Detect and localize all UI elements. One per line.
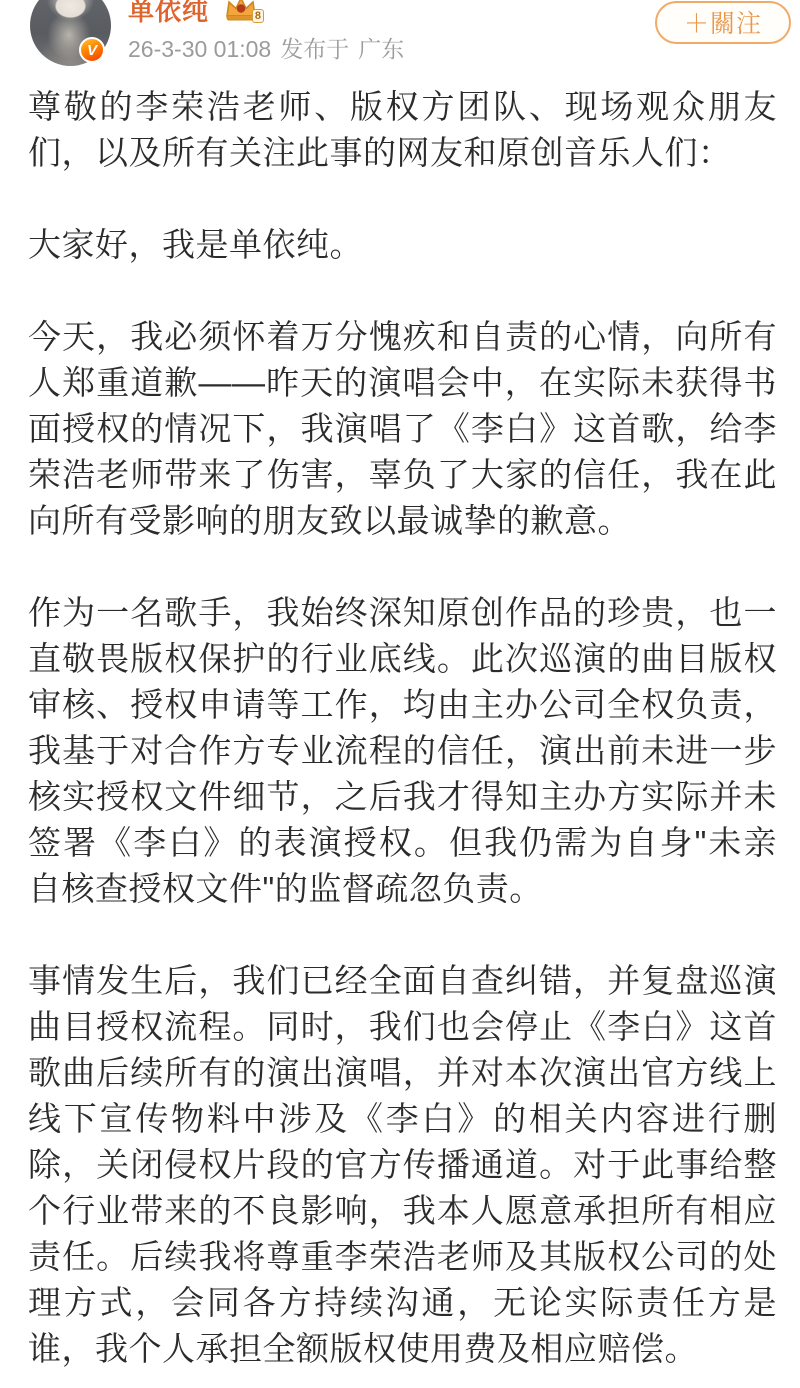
follow-button[interactable]: ＋關注 — [655, 1, 791, 44]
post-paragraph-greeting: 大家好，我是单依纯。 — [28, 222, 777, 268]
vip-level-badge: 8 — [252, 9, 264, 23]
username-row: 单依纯 8 — [128, 0, 259, 24]
location-link[interactable]: 广东 — [358, 31, 404, 64]
vip-crown-icon: 8 — [223, 0, 259, 23]
avatar[interactable]: V — [30, 0, 111, 66]
post-header: V 单依纯 8 26-3-30 01:08 发布于 广东 ＋關注 — [0, 0, 800, 72]
weibo-post: V 单依纯 8 26-3-30 01:08 发布于 广东 ＋關注 尊敬的李荣浩老… — [0, 0, 800, 1388]
username[interactable]: 单依纯 — [128, 0, 209, 28]
timestamp: 26-3-30 01:08 — [128, 36, 271, 63]
post-meta: 26-3-30 01:08 发布于 广东 — [128, 31, 404, 64]
post-paragraph-salutation: 尊敬的李荣浩老师、版权方团队、现场观众朋友们，以及所有关注此事的网友和原创音乐人… — [28, 84, 777, 176]
post-content: 尊敬的李荣浩老师、版权方团队、现场观众朋友们，以及所有关注此事的网友和原创音乐人… — [0, 84, 800, 1372]
posted-from-label: 发布于 — [280, 31, 349, 64]
post-paragraph-apology: 今天，我必须怀着万分愧疚和自责的心情，向所有人郑重道歉——昨天的演唱会中，在实际… — [28, 314, 777, 544]
verified-v-icon: V — [79, 37, 105, 63]
post-paragraph-measures: 事情发生后，我们已经全面自查纠错，并复盘巡演曲目授权流程。同时，我们也会停止《李… — [28, 958, 777, 1372]
post-paragraph-explanation: 作为一名歌手，我始终深知原创作品的珍贵，也一直敬畏版权保护的行业底线。此次巡演的… — [28, 590, 777, 912]
